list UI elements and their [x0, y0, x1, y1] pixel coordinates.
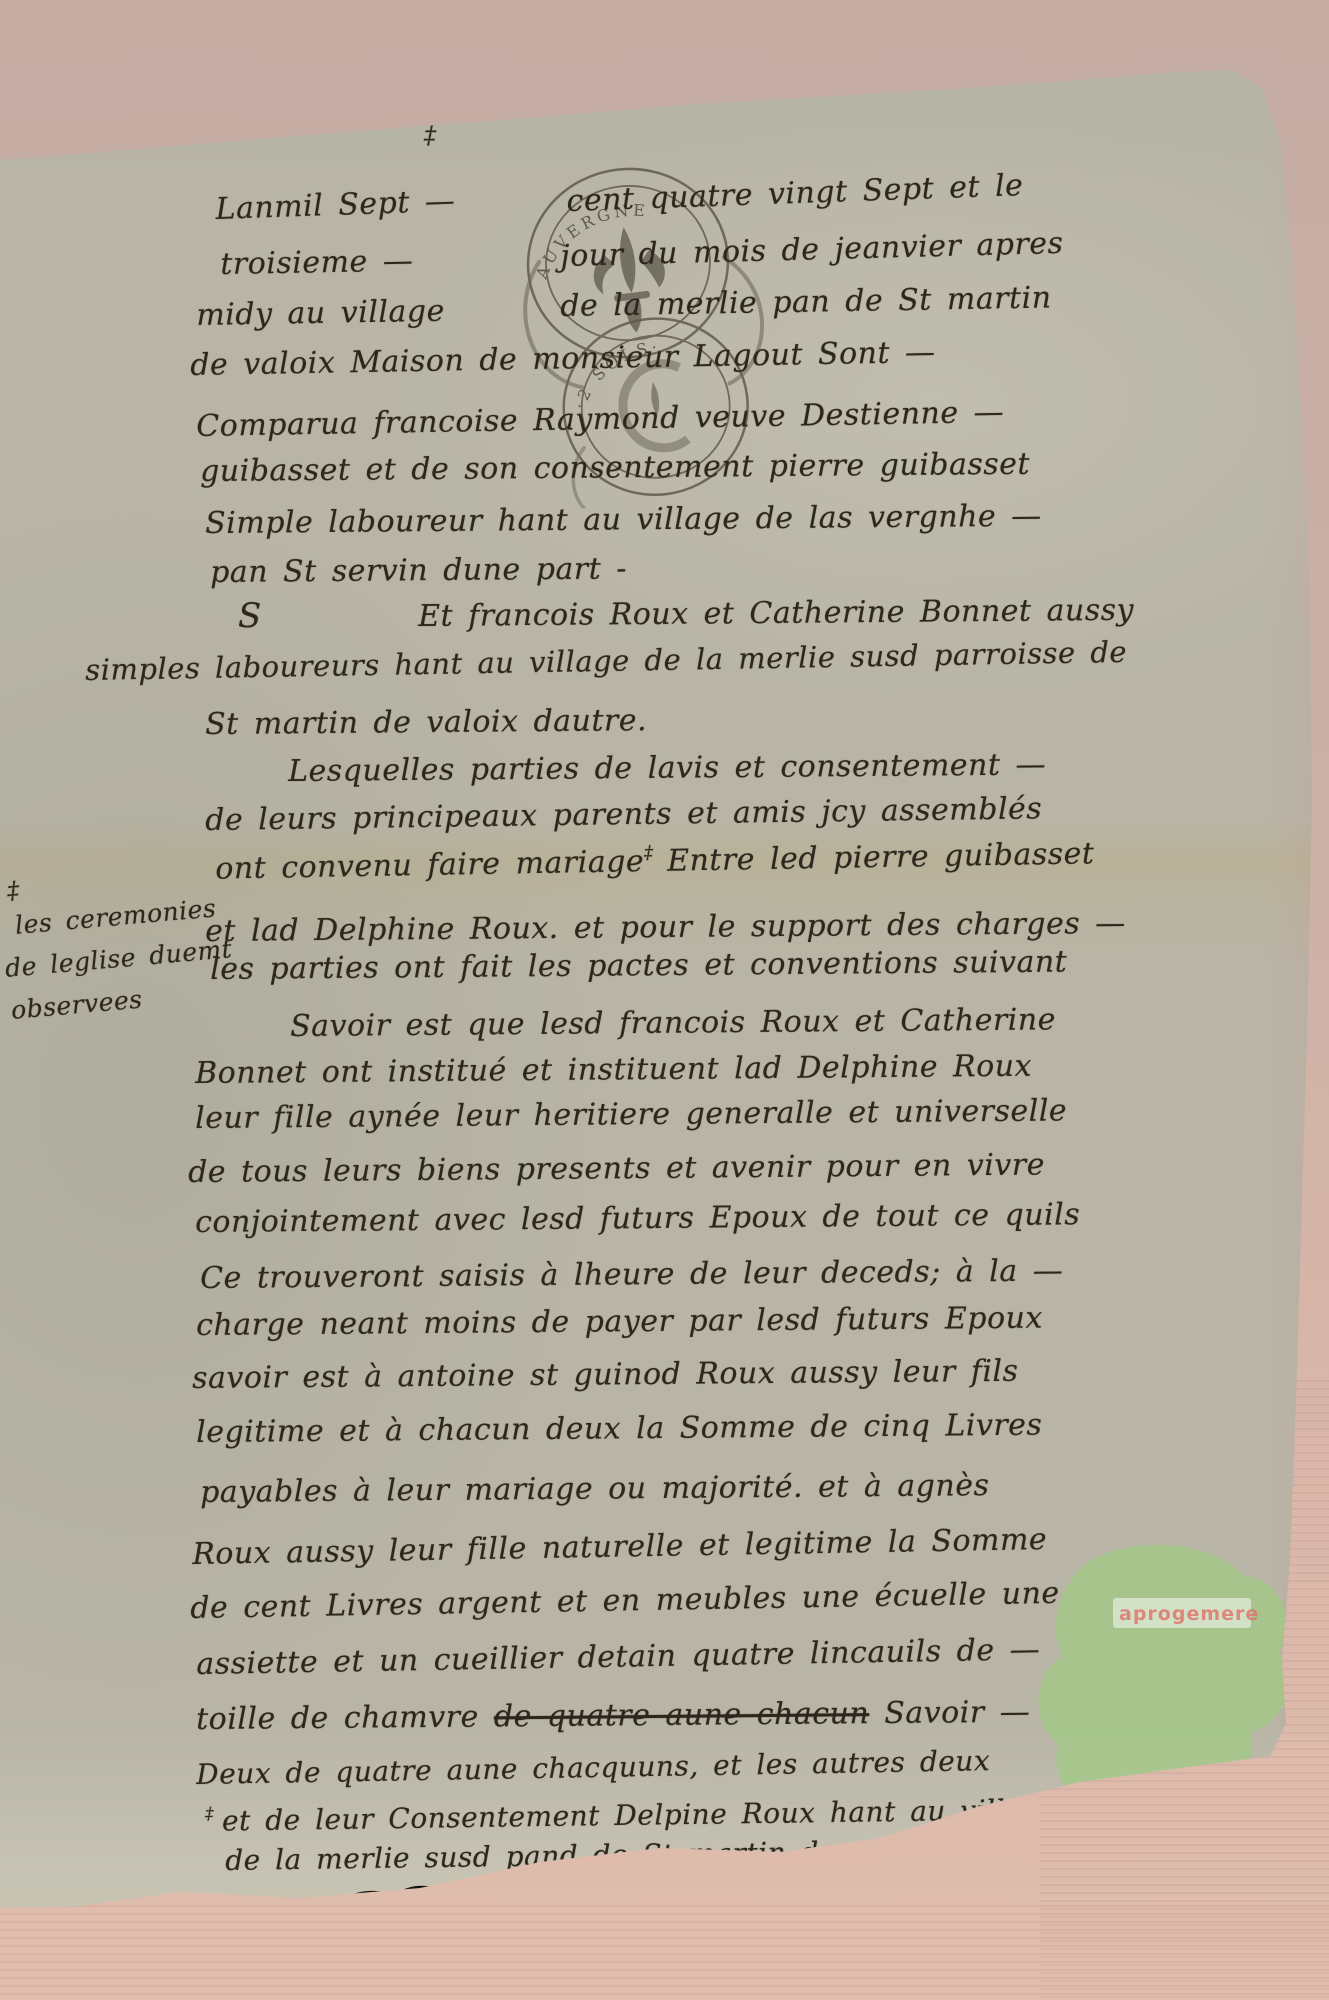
manuscript-line: midy au village [196, 295, 445, 332]
paper: AUVERGNE ·2 SOLS· ‡ Lanmil Sept —cent qu… [0, 0, 1329, 2000]
manuscript-line: conjointement avec lesd futurs Epoux de … [195, 1198, 1080, 1239]
text-segment: ‡ [205, 1803, 222, 1823]
manuscript-line: toille de chamvre de quatre aune chacun … [196, 1696, 1030, 1736]
manuscript-line: ‡ et de leur Consentement Delpine Roux h… [205, 1792, 1058, 1837]
manuscript-line: Savoir est que lesd francois Roux et Cat… [290, 1003, 1056, 1043]
manuscript-line: de tous leurs biens presents et avenir p… [188, 1149, 1045, 1189]
manuscript-line: leur fille aynée leur heritiere generall… [195, 1094, 1067, 1135]
text-segment: et de leur Consentement Delpine Roux han… [222, 1793, 1058, 1838]
manuscript-line: charge neant moins de payer par lesd fut… [196, 1302, 1043, 1342]
manuscript-line: Lanmil Sept — [215, 185, 456, 226]
margin-note-line: de leglise duemt [4, 935, 233, 982]
text-segment: toille de chamvre [196, 1699, 494, 1737]
manuscript-line: Ce trouveront saisis à lheure de leur de… [200, 1254, 1063, 1295]
watermark-label: aprogemere [1119, 1603, 1259, 1625]
manuscript-line: St martin de valoix dautre. [205, 704, 647, 741]
margin-renvoi-mark: ‡ [6, 877, 21, 904]
manuscript-line: Simple laboureur hant au village de las … [205, 500, 1042, 540]
text-segment: ont convenu faire mariage [215, 844, 644, 886]
text-segment: Savoir — [869, 1695, 1030, 1731]
manuscript-line: Lesquelles parties de lavis et consentem… [288, 748, 1046, 788]
margin-note-line: les ceremonies [14, 894, 217, 939]
manuscript-line: payables à leur mariage ou majorité. et … [200, 1469, 990, 1509]
manuscript-line: de la merlie pan de St martin [560, 281, 1052, 323]
manuscript-line: Comparua francoise Raymond veuve Destien… [196, 396, 1004, 443]
manuscript-line: troisieme — [220, 245, 414, 281]
manuscript-line: S [238, 598, 262, 635]
manuscript-line: simples laboureurs hant au village de la… [85, 637, 1127, 687]
manuscript-line: et lad Delphine Roux. et pour le support… [205, 907, 1126, 948]
manuscript-line: pan St servin dune part - [210, 552, 627, 589]
manuscript-line: Et francois Roux et Catherine Bonnet aus… [418, 594, 1134, 633]
manuscript-line: de valoix Maison de monsieur Lagout Sont… [190, 336, 936, 382]
manuscript-line: guibasset et de son consentement pierre … [200, 448, 1030, 488]
manuscript-line: savoir est à antoine st guinod Roux auss… [192, 1355, 1019, 1395]
text-segment: Entre led pierre guibasset [652, 836, 1095, 879]
manuscript-line: de leurs principeaux parents et amis jcy… [205, 792, 1042, 837]
margin-note-line: observees [10, 986, 144, 1025]
manuscript-line: de cent Livres argent et en meubles une … [190, 1577, 1060, 1625]
manuscript-line: ont convenu faire mariage‡ Entre led pie… [215, 836, 1095, 886]
struck-text: de quatre aune chacun [494, 1696, 870, 1734]
backing-fabric-texture [0, 1905, 1329, 2000]
manuscript-line: les parties ont fait les pactes et conve… [210, 946, 1067, 986]
correction-mark-top: ‡ [424, 122, 437, 148]
manuscript-line: Roux aussy leur fille naturelle et legit… [192, 1523, 1047, 1571]
manuscript-line: Bonnet ont institué et instituent lad De… [195, 1050, 1032, 1090]
manuscript-line: legitime et à chacun deux la Somme de ci… [196, 1409, 1043, 1449]
manuscript-line: Deux de quatre aune chacquuns, et les au… [196, 1746, 990, 1791]
photograph-of-document: AUVERGNE ·2 SOLS· ‡ Lanmil Sept —cent qu… [0, 0, 1329, 2000]
manuscript-line: assiette et un cueillier detain quatre l… [196, 1633, 1040, 1681]
